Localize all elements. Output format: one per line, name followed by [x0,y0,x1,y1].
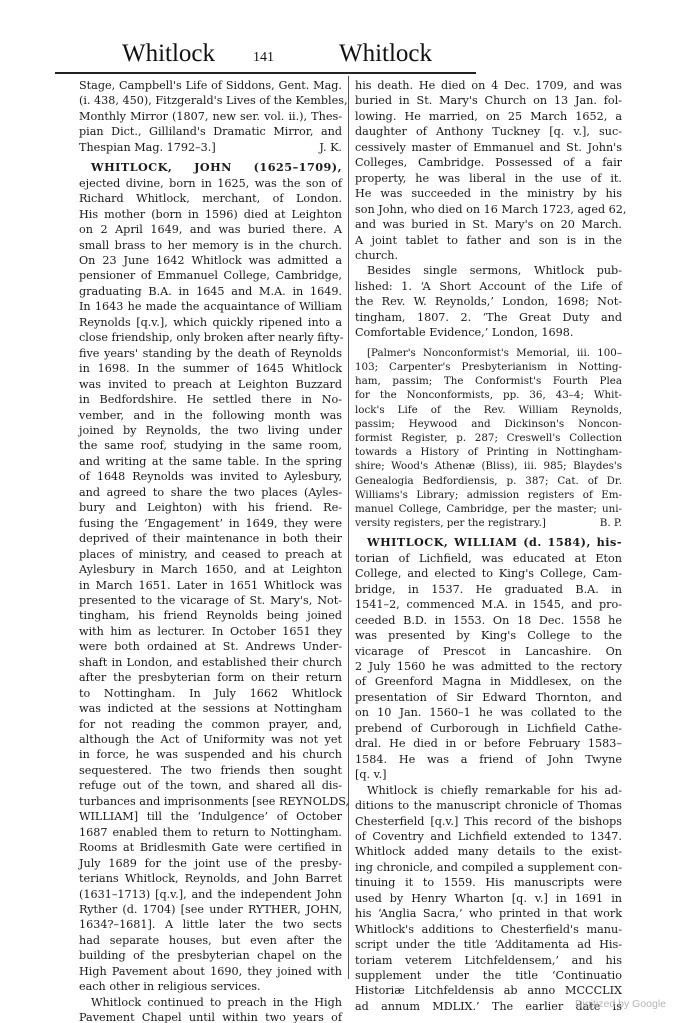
author-signature: B. P. [600,516,622,530]
author-signature: J. K. [319,140,342,155]
source-line: Genealogia Bedfordiensis, p. 387; Cat. o… [355,474,622,488]
text-line: Ryther (d. 1704) [see under RYTHER, JOHN… [79,902,342,917]
text-line: small brass to her memory is in the chur… [79,238,342,253]
text-line: of Coventry and Lichfield extended to 13… [355,829,622,844]
text-line: 2 July 1560 he was admitted to the recto… [355,659,622,674]
text-line: 1687 enabled them to return to Nottingha… [79,825,342,840]
text-line: Reynolds [q.v.], which quickly ripened i… [79,315,342,330]
source-line: passim; Heywood and Dickinson's Noncon- [355,417,622,431]
text-line: Colleges, Cambridge. Possessed of a fair [355,155,622,170]
text-line: five years' standing by the death of Rey… [79,346,342,361]
text-line: his death. He died on 4 Dec. 1709, and w… [355,78,622,93]
text-line: and was buried in St. Mary's on 20 March… [355,217,622,232]
text-line: places of ministry, and ceased to preach… [79,547,342,562]
text-line: Whitlock continued to preach in the High [79,995,342,1010]
text-line: presented to the vicarage of St. Mary's,… [79,593,342,608]
text-line: each other in religious services. [79,979,342,994]
source-line: [Palmer's Nonconformist's Memorial, iii.… [355,346,622,360]
text-line: terians Whitlock, Reynolds, and John Bar… [79,871,342,886]
text-line: building of the presbyterian chapel on t… [79,948,342,963]
text-line: was presented by King's College to the [355,628,622,643]
text-line: Monthly Mirror (1807, new ser. vol. ii.)… [79,109,342,124]
text-line: He was succeeded in the ministry by his [355,186,622,201]
text-line: (1631–1713) [q.v.], and the independent … [79,887,342,902]
text-line: dral. He died in or before February 1583… [355,736,622,751]
source-line: 103; Carpenter's Presbyterianism in Nott… [355,360,622,374]
text-line: and writing at the same table. In the sp… [79,454,342,469]
text-line: Pavement Chapel until within two years o… [79,1010,342,1023]
text-line: pian Dict., Gilliland's Dramatic Mirror,… [79,124,342,139]
text-line: ejected divine, born in 1625, was the so… [79,176,342,191]
text-line: ceeded B.D. in 1553. On 18 Dec. 1558 he [355,613,622,628]
text-line: prebend of Curborough in Lichfield Cathe… [355,721,622,736]
text-line: Chesterfield [q.v.] This record of the b… [355,814,622,829]
text-line: fusing the ‘Engagement’ in 1649, they we… [79,516,342,531]
text-fragment: Thespian Mag. 1792–3.] [79,141,216,154]
text-line: On 23 June 1642 Whitlock was admitted a [79,253,342,268]
text-line: Rooms at Bridlesmith Gate were certified… [79,840,342,855]
text-line: A joint tablet to father and son is in t… [355,233,622,248]
text-line: tinuing it to 1559. His manuscripts were [355,875,622,890]
column-divider [348,76,349,979]
text-line: cessively master of Emmanuel and St. Joh… [355,140,622,155]
text-line: WILLIAM] till the ‘Indulgence’ of Octobe… [79,809,342,824]
right-column: his death. He died on 4 Dec. 1709, and w… [355,78,622,1014]
text-line: of 1648 Reynolds was invited to Aylesbur… [79,469,342,484]
header-rule [55,72,476,74]
text-line: Whitlock's additions to Chesterfield's m… [355,922,622,937]
text-line: in March 1651. Later in 1651 Whitlock wa… [79,578,342,593]
text-line: deprived of their maintenance in both th… [79,531,342,546]
text-line: 1634?–1681]. A little later the two sect… [79,917,342,932]
text-line: in 1698. In the summer of 1645 Whitlock [79,361,342,376]
text-line: vember, and in the following month was [79,408,342,423]
digitization-watermark: Digitized by Google [575,998,666,1010]
source-line: formist Register, p. 287; Creswell's Col… [355,431,622,445]
text-line: sequestered. The two friends then sought [79,763,342,778]
text-line: High Pavement about 1690, they joined wi… [79,964,342,979]
text-line: 1541–2, commenced M.A. in 1545, and pro- [355,597,622,612]
sources-block: [Palmer's Nonconformist's Memorial, iii.… [355,346,622,531]
text-line: Whitlock is chiefly remarkable for his a… [355,783,622,798]
source-line: manuel College, Cambridge, per the maste… [355,502,622,516]
text-line: (i. 438, 450), Fitzgerald's Lives of the… [79,93,342,108]
text-line: his ‘Anglia Sacra,’ who printed in that … [355,906,622,921]
entry-heading: WHITLOCK, WILLIAM (d. 1584), his- [355,535,622,550]
text-line: buried in St. Mary's Church on 13 Jan. f… [355,93,622,108]
text-line: in Bedfordshire. He settled there in No- [79,392,342,407]
text-line: In 1643 he made the acquaintance of Will… [79,299,342,314]
text-line: Stage, Campbell's Life of Siddons, Gent.… [79,78,342,93]
text-line: had separate houses, but even after the [79,933,342,948]
text-line: on 2 April 1649, and was buried there. A [79,222,342,237]
text-line: joined by Reynolds, the two living under [79,423,342,438]
text-line: close friendship, only broken after near… [79,330,342,345]
text-line: bury and Leighton) with his friend. Re- [79,500,342,515]
text-line: with him as lecturer. In October 1651 th… [79,624,342,639]
text-line: toriam veterem Litchfeldensem,’ and his [355,953,622,968]
text-line: script under the title ‘Additamenta ad H… [355,937,622,952]
text-line: for not reading the common prayer, and, [79,717,342,732]
text-line: torian of Lichfield, was educated at Eto… [355,551,622,566]
text-line: Besides single sermons, Whitlock pub- [355,263,622,278]
text-line: church. [355,248,622,263]
text-line: lowing. He married, on 25 March 1652, a [355,109,622,124]
running-head-right: Whitlock [339,40,432,68]
left-column: Stage, Campbell's Life of Siddons, Gent.… [79,78,342,1023]
text-line: bridge, in 1537. He graduated B.A. in [355,582,622,597]
source-line: lock's Life of the Rev. William Reynolds… [355,403,622,417]
text-line: property, he was liberal in the use of i… [355,171,622,186]
text-line: [q. v.] [355,767,622,782]
text-line: and agreed to share the two places (Ayle… [79,485,342,500]
running-header: Whitlock 141 Whitlock [55,40,475,76]
text-line: Thespian Mag. 1792–3.]J. K. [79,140,342,155]
text-line: ing chronicle, and compiled a supplement… [355,860,622,875]
text-line: lished: 1. ‘A Short Account of the Life … [355,279,622,294]
source-line: Williams's Library; admission registers … [355,488,622,502]
text-line: to Nottingham. In July 1662 Whitlock [79,686,342,701]
text-line: tingham, 1807. 2. ‘The Great Duty and [355,310,622,325]
page-number: 141 [253,50,274,66]
text-line: Whitlock added many details to the exist… [355,844,622,859]
text-fragment: versity registers, per the registrary.] [355,517,546,529]
text-line: Aylesbury in March 1650, and at Leighton [79,562,342,577]
text-line: the same roof, studying in the same room… [79,438,342,453]
source-line: versity registers, per the registrary.]B… [355,516,622,530]
text-line: of Greenford Magna in Middlesex, on the [355,674,622,689]
text-line: used by Henry Wharton [q. v.] in 1691 in [355,891,622,906]
source-line: ham, passim; The Conformist's Fourth Ple… [355,374,622,388]
text-line: in force, he was suspended and his churc… [79,747,342,762]
text-line: graduating B.A. in 1645 and M.A. in 1649… [79,284,342,299]
text-line: Richard Whitlock, merchant, of London. [79,191,342,206]
entry-heading: WHITLOCK, JOHN (1625–1709), [79,160,342,175]
text-line: after the presbyterian form on their ret… [79,670,342,685]
text-line: Comfortable Evidence,’ London, 1698. [355,325,622,340]
text-line: was invited to preach at Leighton Buzzar… [79,377,342,392]
text-line: refuge out of the town, and shared all d… [79,778,342,793]
text-line: presentation of Sir Edward Thornton, and [355,690,622,705]
text-line: tingham, his friend Reynolds being joine… [79,608,342,623]
running-head-left: Whitlock [122,40,215,68]
text-line: was indicted at the sessions at Nottingh… [79,701,342,716]
text-line: son John, who died on 16 March 1723, age… [355,202,622,217]
text-line: turbances and imprisonments [see REYNOLD… [79,794,342,809]
text-line: shaft in London, and established their c… [79,655,342,670]
text-line: vicarage of Prescot in Lancashire. On [355,644,622,659]
text-line: pensioner of Emmanuel College, Cambridge… [79,268,342,283]
text-line: were both ordained at St. Andrews Under- [79,639,342,654]
text-line: July 1689 for the joint use of the presb… [79,856,342,871]
text-line: although the Act of Uniformity was not y… [79,732,342,747]
source-line: shire; Wood's Athenæ (Bliss), iii. 985; … [355,459,622,473]
text-line: 1584. He was a friend of John Twyne [355,752,622,767]
text-line: on 10 Jan. 1560–1 he was collated to the [355,705,622,720]
text-line: Historiæ Litchfeldensis ab anno MCCCLIX [355,983,622,998]
text-line: the Rev. W. Reynolds,’ London, 1698; Not… [355,294,622,309]
text-line: ditions to the manuscript chronicle of T… [355,798,622,813]
text-line: College, and elected to King's College, … [355,566,622,581]
text-line: supplement under the title ‘Continuatio [355,968,622,983]
source-line: for the Nonconformists, pp. 36, 43–4; Wh… [355,388,622,402]
text-line: daughter of Anthony Tuckney [q. v.], suc… [355,124,622,139]
text-line: His mother (born in 1596) died at Leight… [79,207,342,222]
source-line: towards a History of Printing in Notting… [355,445,622,459]
